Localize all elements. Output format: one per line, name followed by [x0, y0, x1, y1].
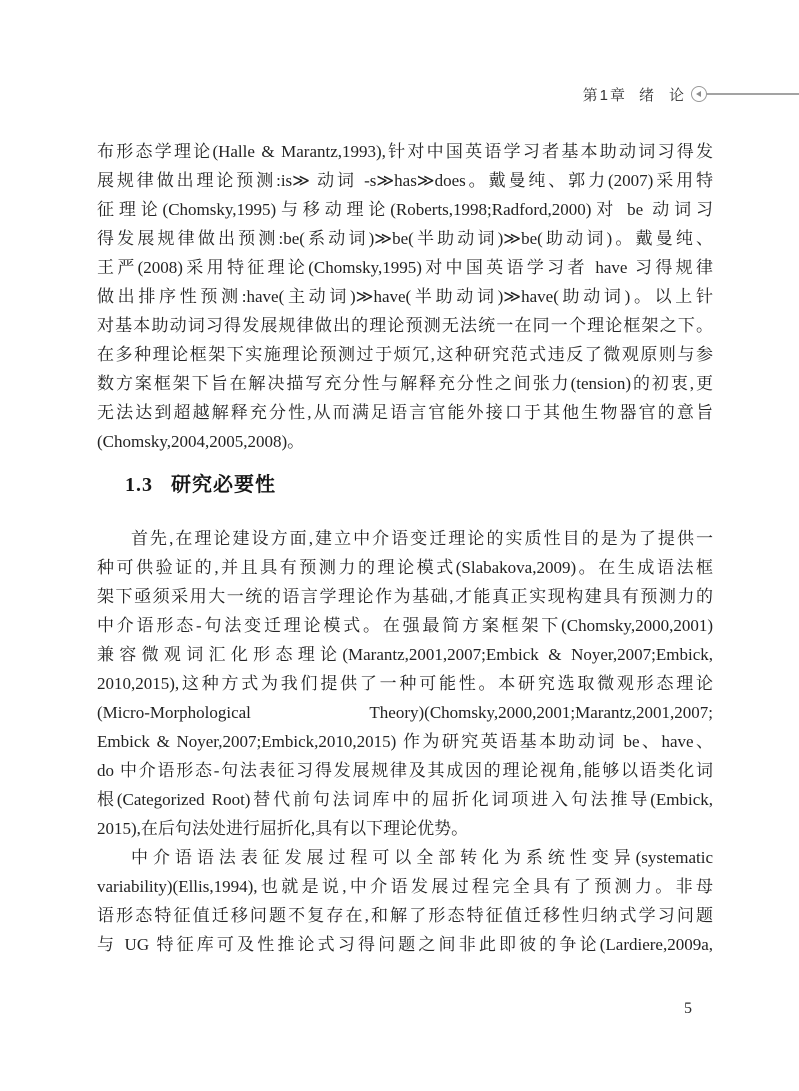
text-line: 数方案框架下旨在解决描写充分性与解释充分性之间张力(tension)的初衷,更	[97, 369, 713, 398]
text-line: 中介语语法表征发展过程可以全部转化为系统性变异(systematic	[97, 843, 713, 872]
text-line: 在多种理论框架下实施理论预测过于烦冗,这种研究范式违反了微观原则与参	[97, 340, 713, 369]
text-line: 架下亟须采用大一统的语言学理论作为基础,才能真正实现构建具有预测力的	[97, 582, 713, 611]
text-line: 中介语形态-句法变迁理论模式。在强最简方案框架下(Chomsky,2000,20…	[97, 611, 713, 640]
text-line: Embick & Noyer,2007;Embick,2010,2015) 作为…	[97, 727, 713, 756]
text-line: 种可供验证的,并且具有预测力的理论模式(Slabakova,2009)。在生成语…	[97, 553, 713, 582]
text-line: 展规律做出理论预测:is≫ 动词 -s≫has≫does。戴曼纯、郭力(2007…	[97, 166, 713, 195]
text-line: 根(Categorized Root)替代前句法词库中的屈折化词项进入句法推导(…	[97, 785, 713, 814]
text-line: 无法达到超越解释充分性,从而满足语言官能外接口于其他生物器官的意旨	[97, 398, 713, 427]
chapter-title: 绪 论	[639, 84, 684, 105]
page-number: 5	[678, 1000, 698, 1018]
text-line: (Micro-Morphological Theory)(Chomsky,200…	[97, 698, 713, 727]
text-line: 对基本助动词习得发展规律做出的理论预测无法统一在同一个理论框架之下。	[97, 311, 713, 340]
text-line: 语形态特征值迁移问题不复存在,和解了形态特征值迁移性归纳式学习问题	[97, 901, 713, 930]
text-line: 得发展规律做出预测:be(系动词)≫be(半助动词)≫be(助动词)。戴曼纯、	[97, 224, 713, 253]
text-line: do 中介语形态-句法表征习得发展规律及其成因的理论视角,能够以语类化词	[97, 756, 713, 785]
section-heading: 1.3研究必要性	[125, 470, 713, 500]
header-ornament	[691, 86, 799, 102]
paragraph: 中介语语法表征发展过程可以全部转化为系统性变异(systematicvariab…	[97, 843, 713, 959]
left-triangle-icon	[696, 91, 701, 97]
text-line: 征理论(Chomsky,1995)与移动理论(Roberts,1998;Radf…	[97, 195, 713, 224]
text-line: 做出排序性预测:have(主动词)≫have(半助动词)≫have(助动词)。以…	[97, 282, 713, 311]
text-line: 2015),在后句法处进行屈折化,具有以下理论优势。	[97, 814, 713, 843]
text-line: 布形态学理论(Halle & Marantz,1993),针对中国英语学习者基本…	[97, 137, 713, 166]
text-line: 兼容微观词汇化形态理论(Marantz,2001,2007;Embick & N…	[97, 640, 713, 669]
text-line: (Chomsky,2004,2005,2008)。	[97, 427, 713, 456]
text-line: 王严(2008)采用特征理论(Chomsky,1995)对中国英语学习者 hav…	[97, 253, 713, 282]
arrow-circle-icon	[691, 86, 707, 102]
text-line: variability)(Ellis,1994),也就是说,中介语发展过程完全具…	[97, 872, 713, 901]
running-header: 第1章 绪 论	[0, 83, 799, 105]
header-rule	[707, 93, 799, 95]
text-line: 与 UG 特征库可及性推论式习得问题之间非此即彼的争论(Lardiere,200…	[97, 930, 713, 959]
section-number: 1.3	[125, 474, 153, 496]
text-line: 首先,在理论建设方面,建立中介语变迁理论的实质性目的是为了提供一	[97, 524, 713, 553]
chapter-label: 第1章	[583, 84, 627, 105]
text-line: 2010,2015),这种方式为我们提供了一种可能性。本研究选取微观形态理论	[97, 669, 713, 698]
book-page: 第1章 绪 论 布形态学理论(Halle & Marantz,1993),针对中…	[0, 0, 799, 1091]
page-body: 布形态学理论(Halle & Marantz,1993),针对中国英语学习者基本…	[97, 137, 713, 959]
paragraph: 布形态学理论(Halle & Marantz,1993),针对中国英语学习者基本…	[97, 137, 713, 456]
section-title: 研究必要性	[171, 474, 276, 496]
paragraph: 首先,在理论建设方面,建立中介语变迁理论的实质性目的是为了提供一种可供验证的,并…	[97, 524, 713, 843]
